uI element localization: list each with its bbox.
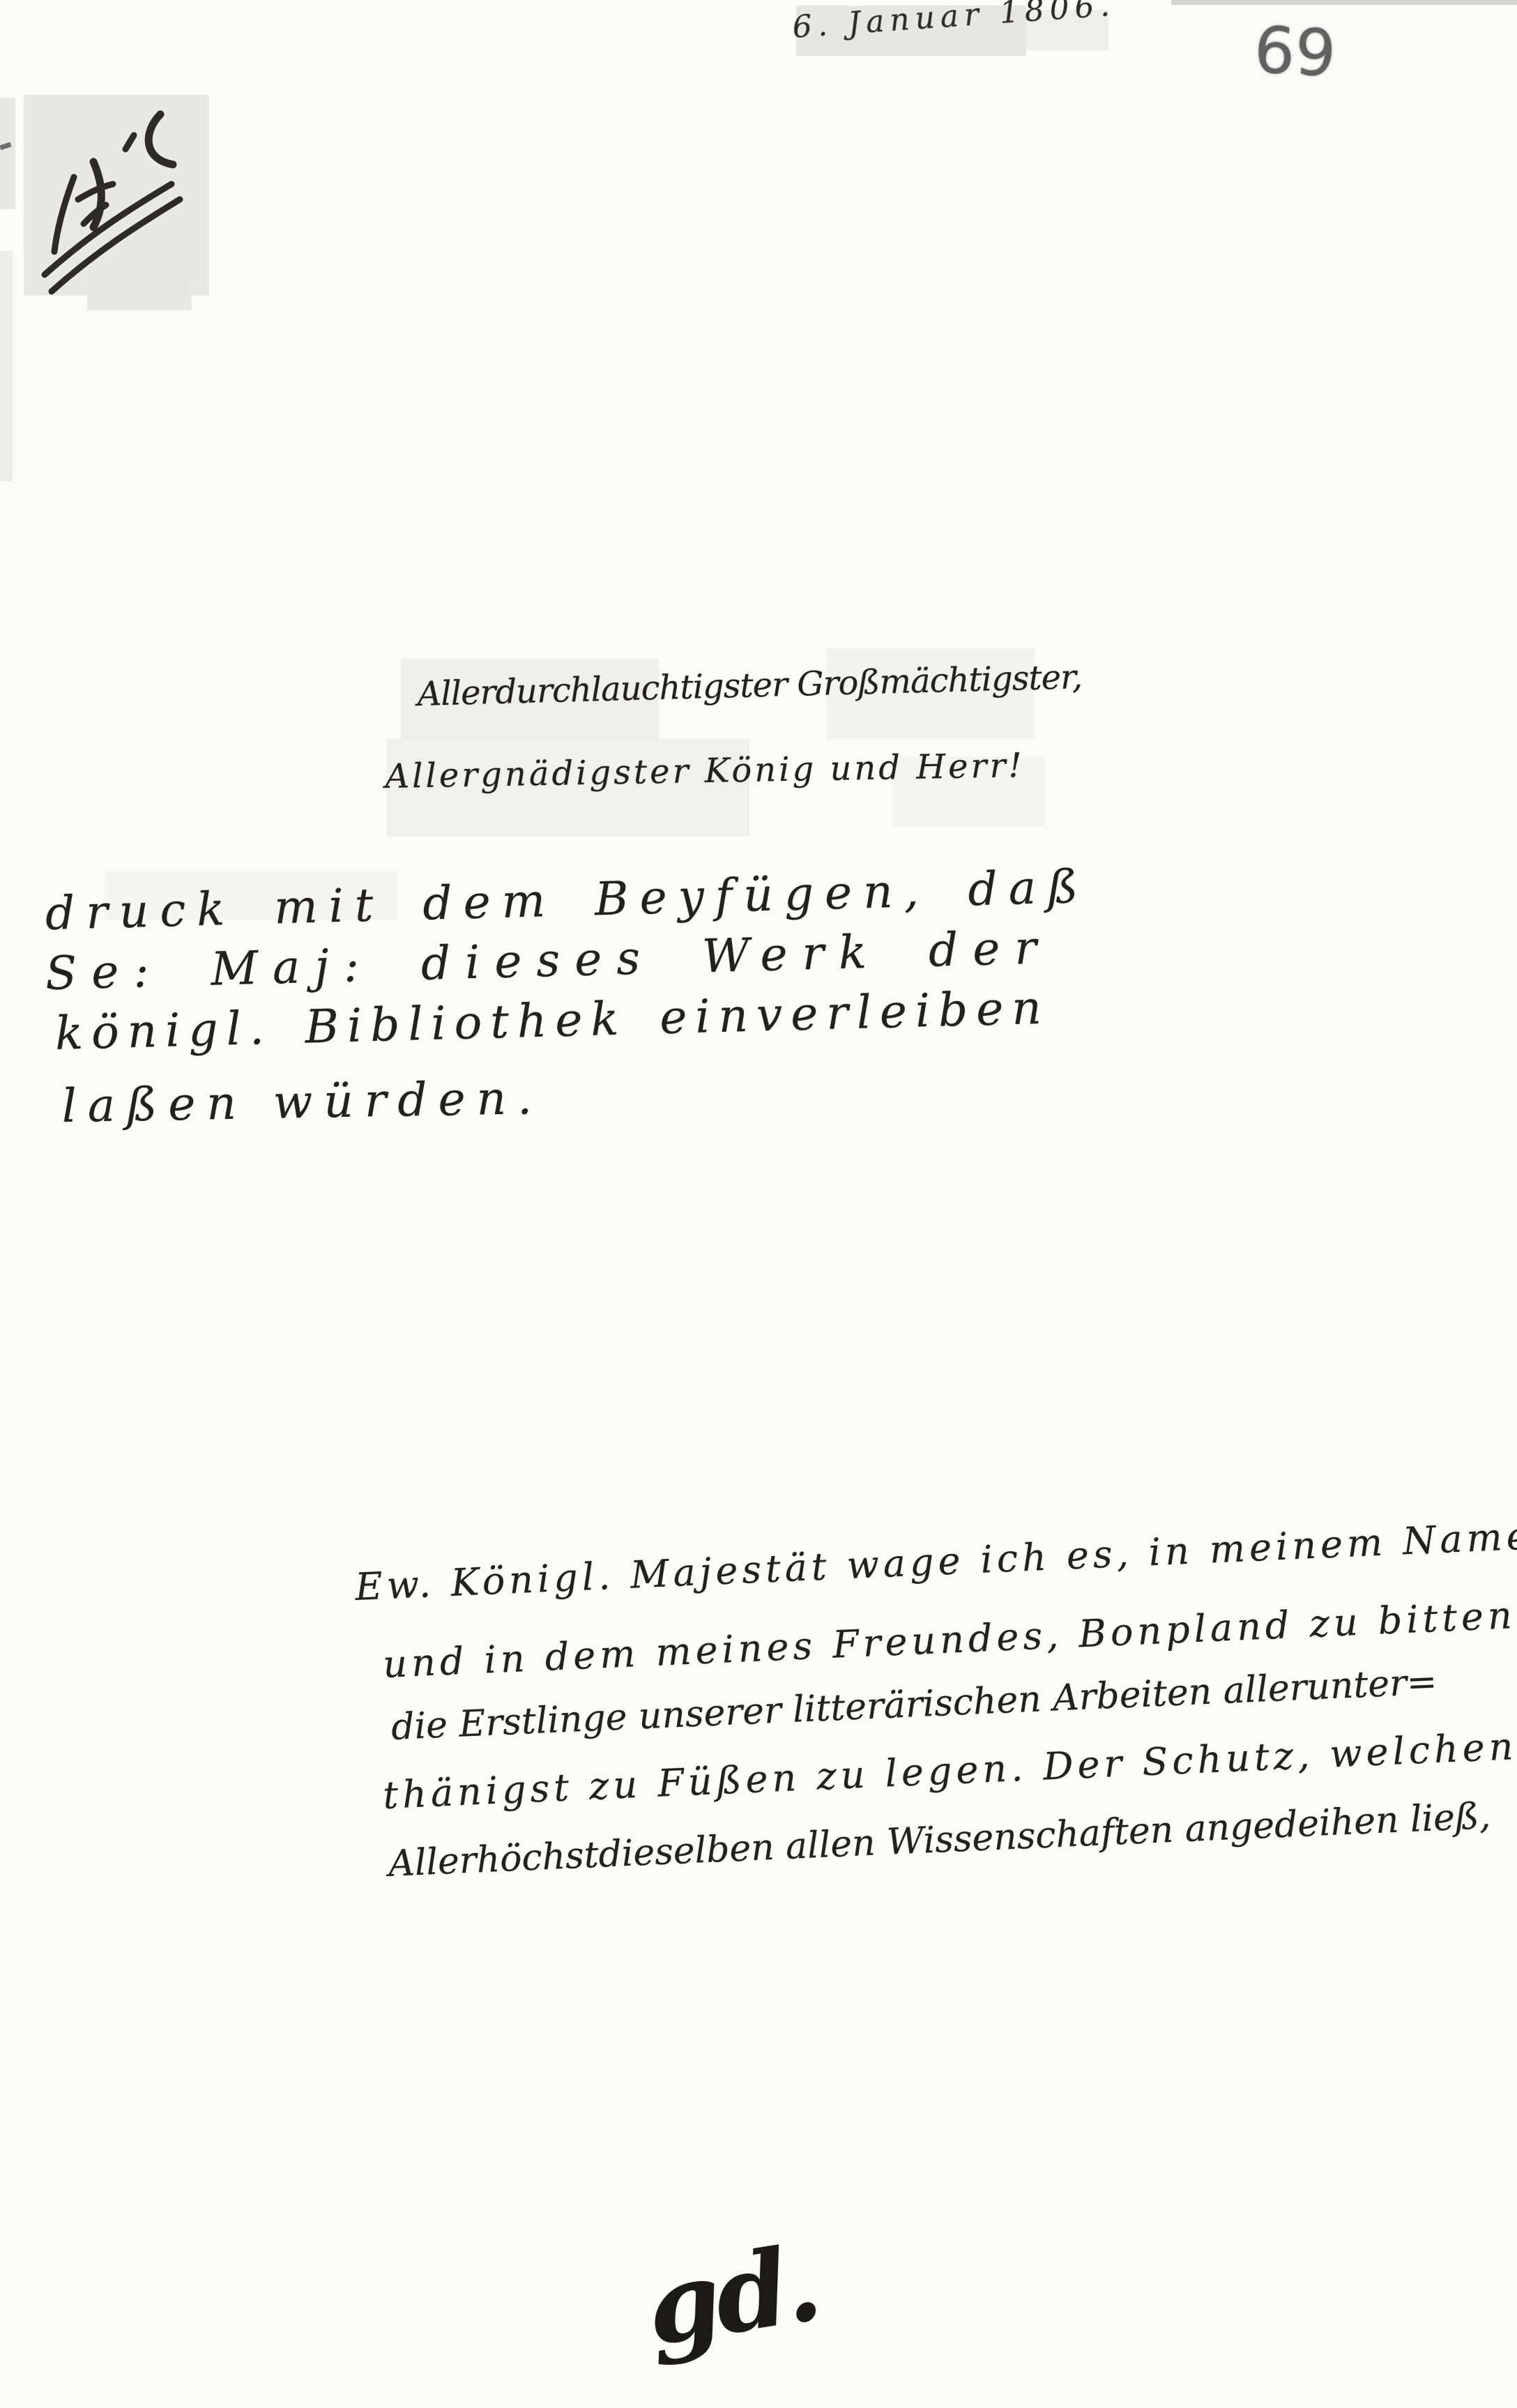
scan-smudge xyxy=(0,251,13,481)
scan-smudge xyxy=(0,98,15,209)
archive-mark xyxy=(24,95,209,296)
folio-number: 69 xyxy=(1252,13,1338,91)
paraph-mark: gd. xyxy=(638,2222,825,2370)
letter-date: 6. Januar 1806. xyxy=(791,0,1116,45)
body-line: Ew. Königl. Majestät wage ich es, in mei… xyxy=(354,1512,1517,1608)
note-line: laßen würden. xyxy=(61,1071,544,1133)
salutation-line-1: Allerdurchlauchtigster Großmächtigster, xyxy=(417,657,1083,714)
salutation-line-2: Allergnädigster König und Herr! xyxy=(385,746,1025,796)
scan-edge-mark xyxy=(0,142,12,151)
scanned-letter-page: 6. Januar 1806. 69 Allerdurchlauchtigste… xyxy=(0,0,1517,2408)
scan-smudge xyxy=(1171,0,1517,5)
